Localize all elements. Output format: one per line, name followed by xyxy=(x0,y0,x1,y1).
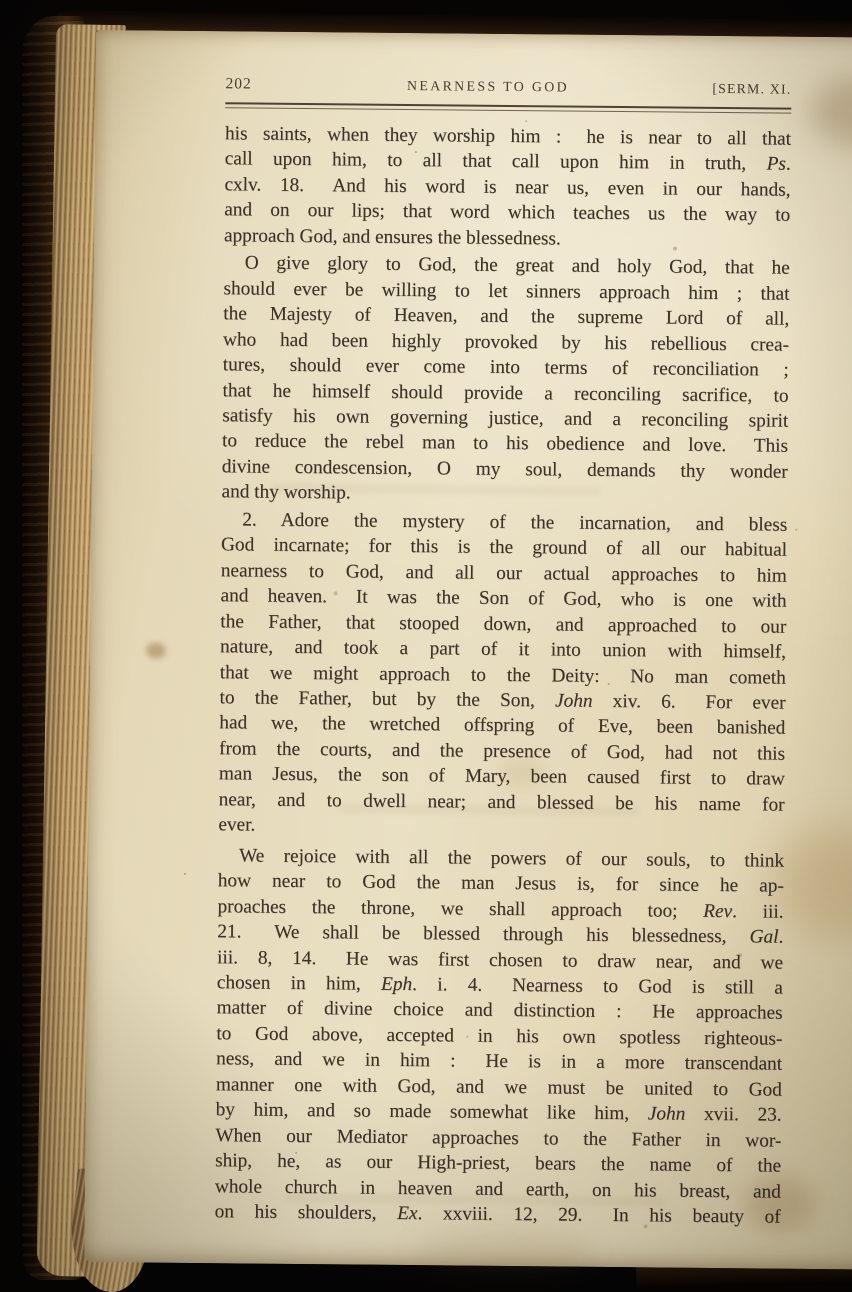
printed-content: 202 NEARNESS TO GOD [SERM. XI. his saint… xyxy=(215,75,792,1230)
running-title: NEARNESS TO GOD xyxy=(407,78,569,96)
paragraph: We rejoice with all the powers of our so… xyxy=(215,843,785,1230)
stain xyxy=(146,643,166,659)
paragraph: 2. Adore the mystery of the incarnation,… xyxy=(218,507,787,843)
book-page: 202 NEARNESS TO GOD [SERM. XI. his saint… xyxy=(84,30,852,1269)
text-line: and thy worship. xyxy=(221,480,787,511)
paragraph: O give glory to God, the great and holy … xyxy=(221,251,789,511)
book-photo: 202 NEARNESS TO GOD [SERM. XI. his saint… xyxy=(0,0,852,1292)
page-header: 202 NEARNESS TO GOD [SERM. XI. xyxy=(225,75,791,102)
text-line: on his shoulders, Ex. xxviii. 12, 29. In… xyxy=(215,1199,781,1230)
body-text: his saints, when they worship him : he i… xyxy=(215,121,792,1230)
paragraph: his saints, when they worship him : he i… xyxy=(224,121,791,254)
section-label: [SERM. XI. xyxy=(712,81,791,98)
stain xyxy=(414,1229,594,1271)
page-number: 202 xyxy=(225,75,251,93)
header-rule xyxy=(225,102,791,113)
stain xyxy=(809,77,852,148)
stain xyxy=(775,827,852,938)
text-line: ever. xyxy=(218,812,784,843)
paper-specks xyxy=(96,30,98,32)
